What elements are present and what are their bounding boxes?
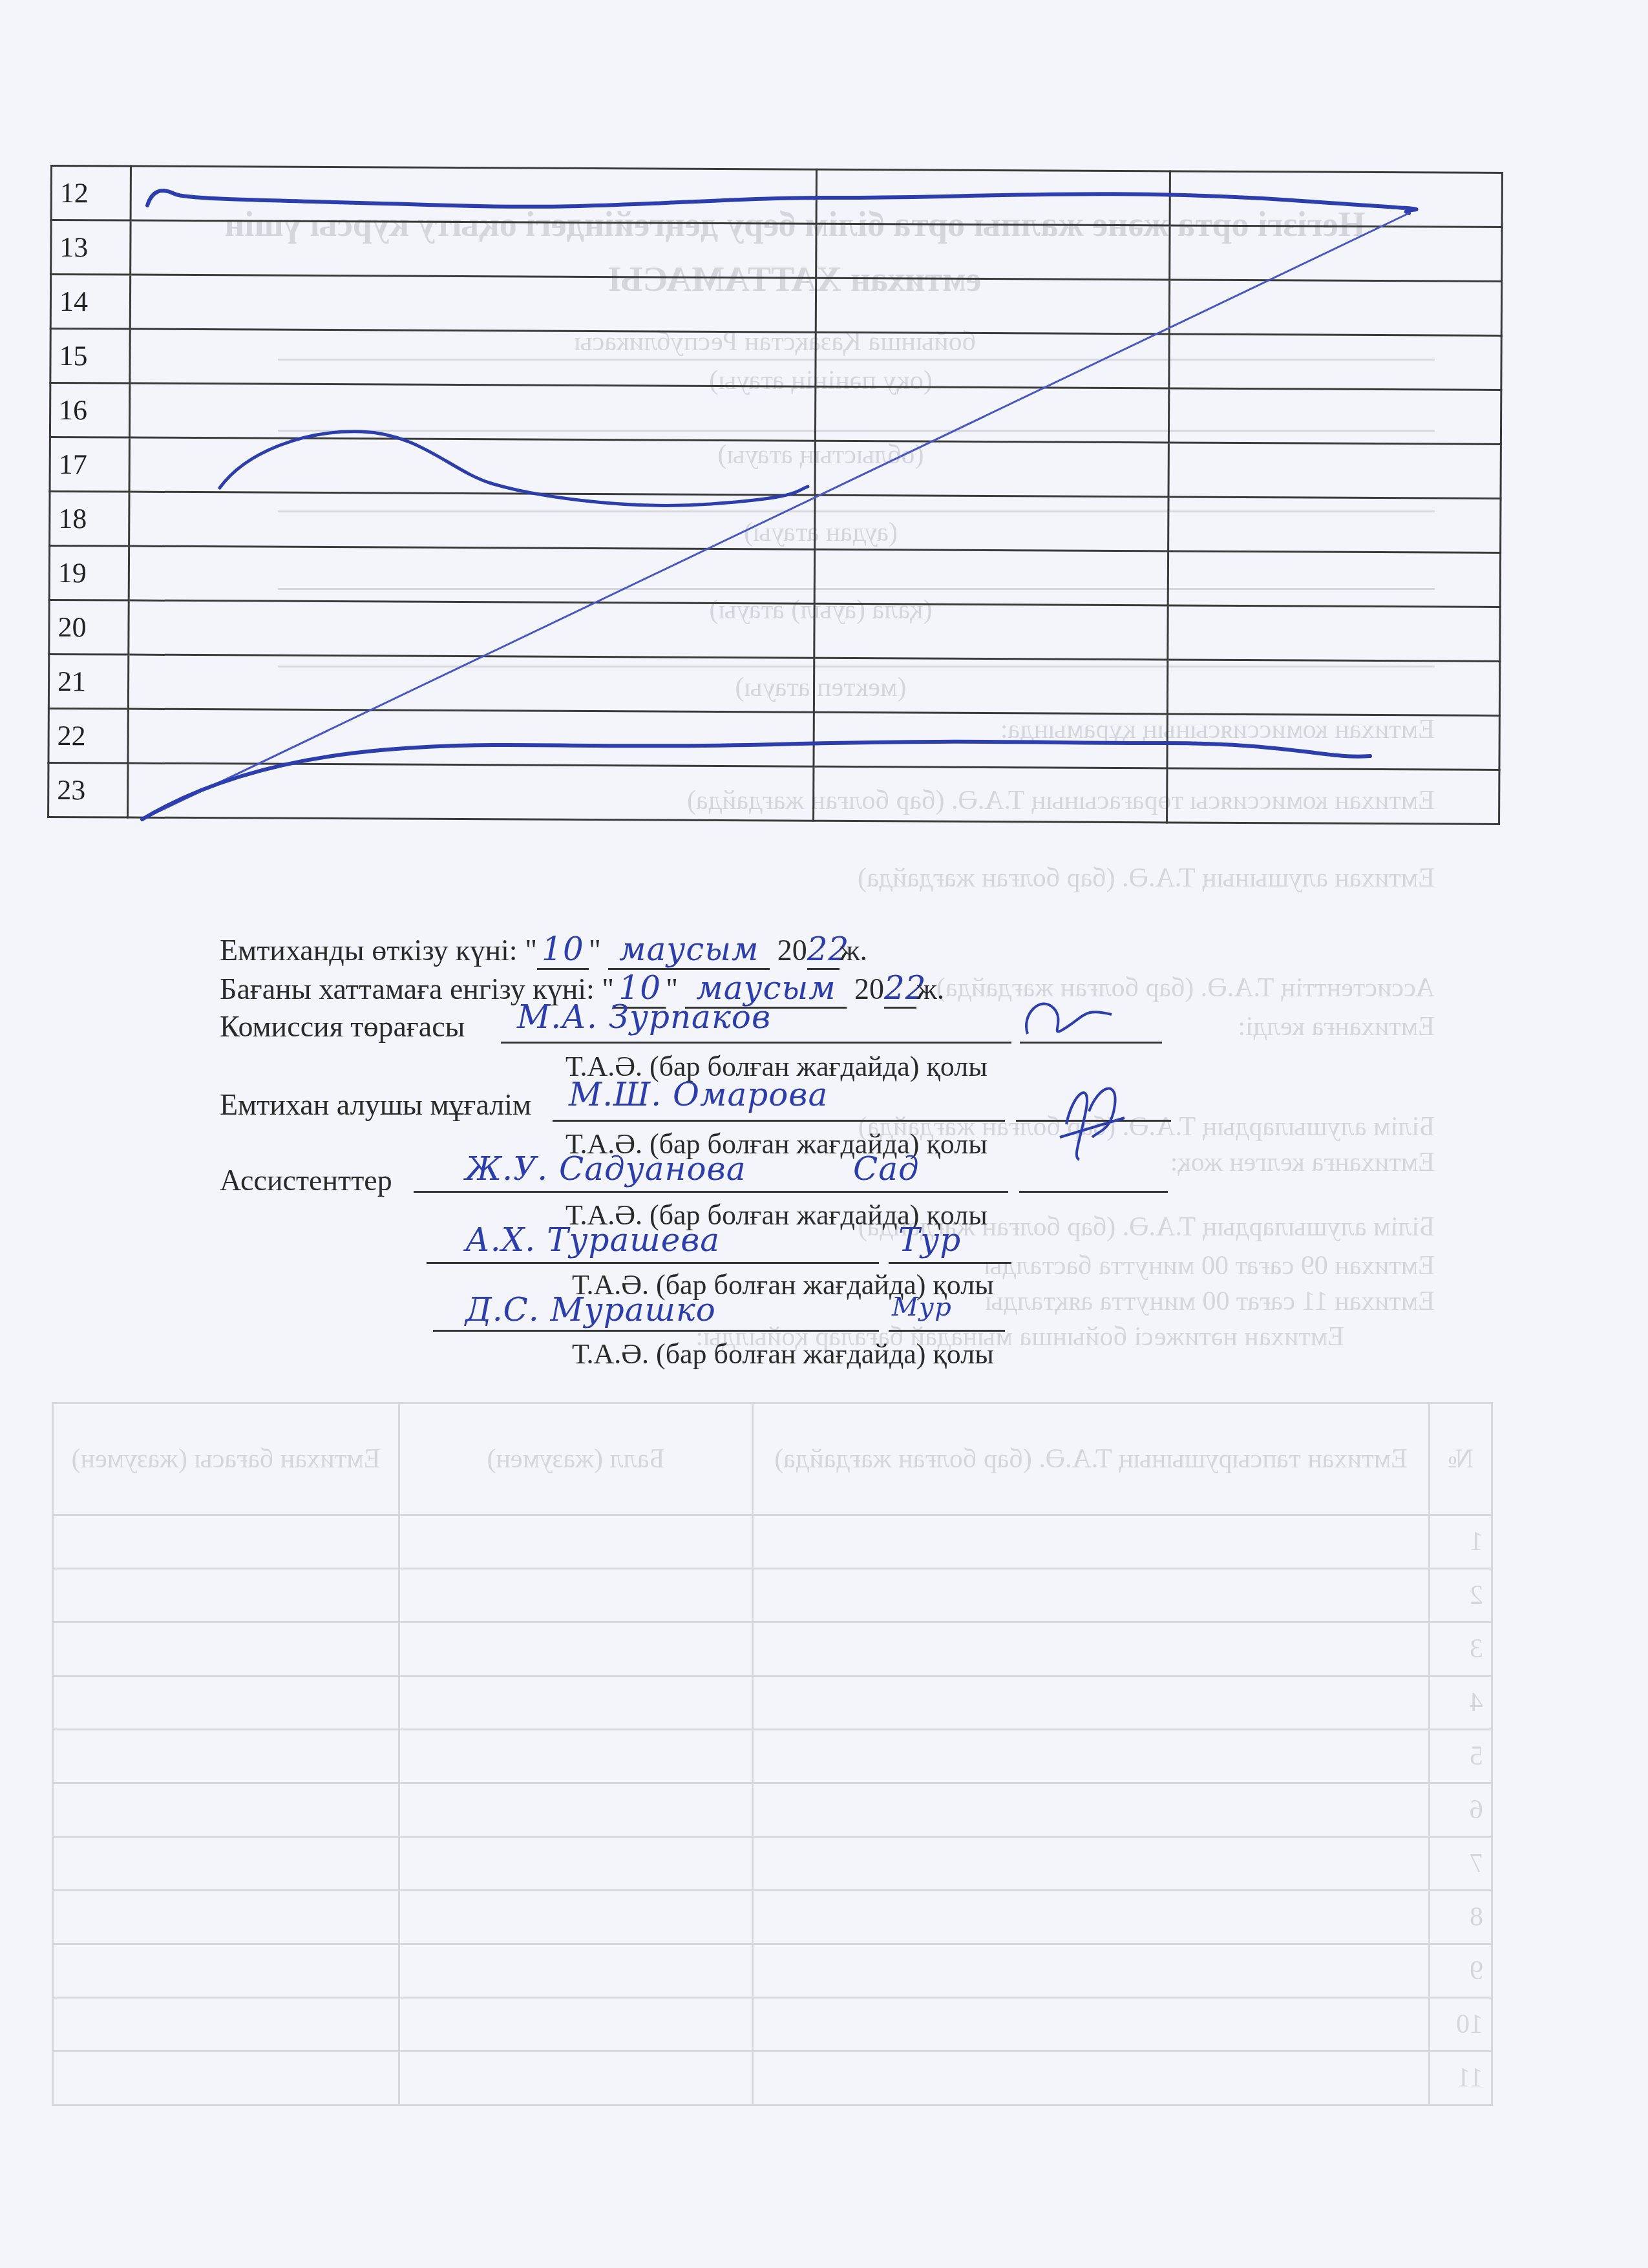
table-cell	[814, 712, 1167, 768]
table-row: 15	[50, 329, 1501, 390]
ghost-table-row: 7	[53, 1837, 1492, 1891]
row-number: 13	[51, 220, 131, 275]
row-number: 19	[49, 546, 129, 601]
table-row: 14	[50, 275, 1501, 336]
exam-date-row: Емтиханды өткізу күні: "10" маусым 2022ж…	[220, 930, 867, 970]
table-cell	[815, 386, 1168, 443]
table-cell	[1169, 280, 1501, 336]
exam-date-day: 10	[537, 930, 589, 970]
table-cell	[1168, 551, 1500, 607]
table-cell	[131, 166, 816, 224]
teacher-signature-icon	[1053, 1073, 1131, 1163]
table-cell	[129, 383, 815, 441]
chair-label: Комиссия төрағасы	[220, 1009, 465, 1044]
row-number: 23	[48, 762, 128, 817]
assistant-3-signature: Мур	[892, 1292, 952, 1322]
table-cell	[815, 495, 1168, 551]
assistant-1-name: Ж.У. Садуанова	[465, 1150, 746, 1188]
table-cell	[1167, 768, 1499, 824]
ghost-table-row: 6	[53, 1783, 1492, 1837]
table-row: 18	[50, 492, 1501, 553]
table-cell	[816, 332, 1169, 388]
ghost-table-row: 9	[53, 1944, 1492, 1998]
table-row: 12	[51, 166, 1502, 227]
table-cell	[128, 655, 814, 712]
table-cell	[1167, 714, 1499, 770]
row-number: 14	[50, 275, 130, 330]
teacher-name: М.Ш. Омарова	[569, 1076, 828, 1113]
table-cell	[128, 763, 814, 821]
table-cell	[1168, 388, 1501, 445]
ghost-table-row: 1	[53, 1515, 1492, 1569]
table-row: 23	[48, 762, 1499, 824]
assistant-1-signature: Сад	[853, 1150, 920, 1188]
chair-name: М.А. Зурпаков	[517, 998, 771, 1036]
table-cell	[129, 546, 814, 604]
row-number: 16	[50, 383, 129, 438]
table-cell	[1169, 334, 1501, 390]
ghost-table-row: 8	[53, 1891, 1492, 1944]
table-cell	[129, 492, 815, 549]
exam-date-year: 22	[807, 930, 840, 970]
table-cell	[1168, 605, 1500, 662]
exam-date-label: Емтиханды өткізу күні:	[220, 934, 518, 967]
chair-signature-icon	[1015, 989, 1118, 1047]
table-cell	[814, 658, 1167, 714]
table-cell	[1168, 443, 1501, 499]
ghost-results-table: № Емтихан тапсырушының Т.А.Ә. (бар болға…	[52, 1402, 1493, 2106]
table-cell	[129, 600, 814, 658]
teacher-label: Емтихан алушы мұғалім	[220, 1087, 531, 1122]
table-cell	[1170, 226, 1502, 282]
ghost-table-row: 2	[53, 1569, 1492, 1622]
table-cell	[816, 169, 1170, 226]
entry-date-year: 22	[884, 969, 916, 1009]
table-cell	[816, 224, 1170, 280]
ghost-table-row: 3	[53, 1622, 1492, 1676]
assistant-3-caption: Т.А.Ә. (бар болған жағдайда) қолы	[572, 1338, 994, 1370]
results-table: 121314151617181920212223	[47, 165, 1503, 825]
table-row: 20	[49, 600, 1500, 661]
table-row: 19	[49, 546, 1500, 607]
table-cell	[1167, 660, 1499, 716]
table-cell	[814, 549, 1168, 605]
table-row: 21	[48, 654, 1499, 715]
exam-date-month: маусым	[608, 930, 770, 970]
ghost-table-row: 4	[53, 1676, 1492, 1730]
row-number: 22	[48, 708, 128, 763]
row-number: 21	[48, 654, 128, 709]
table-cell	[130, 329, 816, 386]
ghost-table-row: 11	[53, 2052, 1492, 2105]
table-cell	[814, 766, 1167, 823]
table-row: 22	[48, 708, 1499, 770]
table-cell	[814, 604, 1168, 660]
row-number: 15	[50, 329, 130, 384]
ghost-line: Емтихан алушының Т.А.Ә. (бар болған жағд…	[207, 863, 1435, 894]
table-row: 16	[50, 383, 1501, 445]
row-number: 17	[50, 437, 129, 492]
row-number: 20	[49, 600, 129, 655]
row-number: 18	[50, 492, 129, 547]
table-row: 17	[50, 437, 1501, 499]
table-cell	[1170, 171, 1502, 227]
assistants-label: Ассистенттер	[220, 1163, 392, 1197]
row-number: 12	[51, 166, 131, 221]
table-cell	[129, 437, 815, 495]
table-cell	[131, 220, 816, 278]
table-cell	[815, 441, 1168, 497]
assistant-3-name: Д.С. Мурашко	[465, 1291, 716, 1328]
assistant-2-signature: Тур	[898, 1221, 961, 1259]
table-cell	[128, 709, 814, 766]
table-cell	[1168, 497, 1501, 553]
ghost-table-row: 10	[53, 1998, 1492, 2052]
table-cell	[816, 278, 1169, 334]
ghost-table-row: 5	[53, 1730, 1492, 1783]
assistant-2-name: А.Х. Турашева	[465, 1221, 720, 1259]
table-row: 13	[51, 220, 1502, 282]
table-cell	[130, 275, 816, 332]
